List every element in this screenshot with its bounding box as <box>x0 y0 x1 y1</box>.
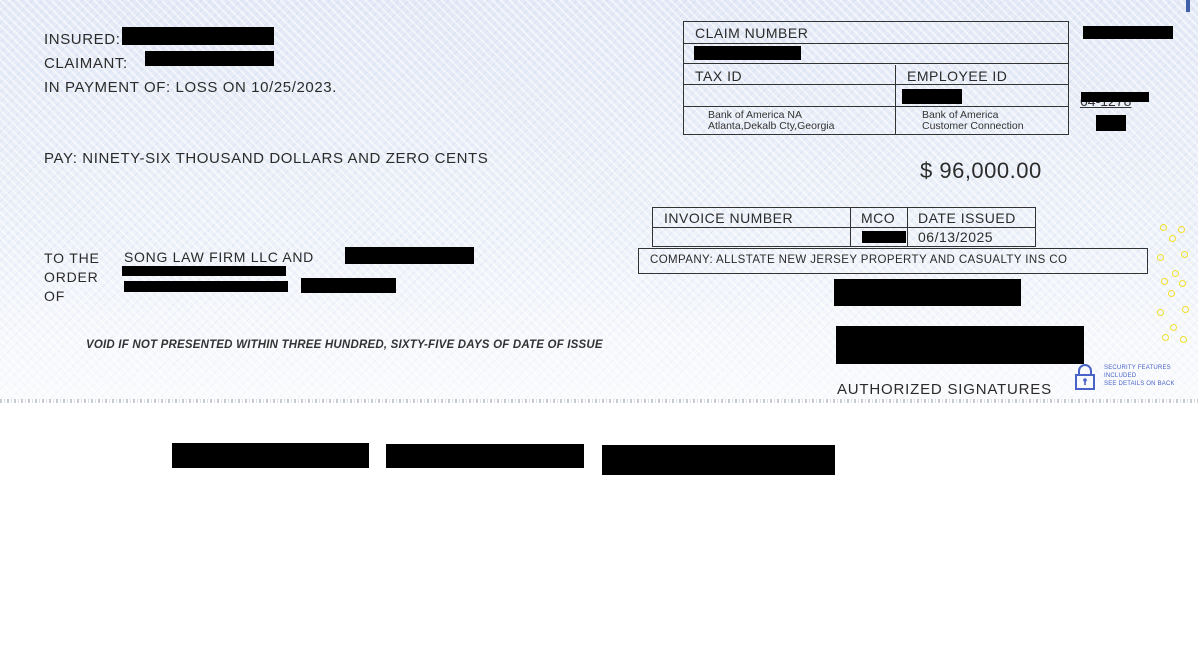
redacted-micr-3 <box>602 445 835 475</box>
redacted-micr-1 <box>172 443 369 468</box>
redacted-routing-top <box>1081 92 1149 102</box>
invoice-number-label: INVOICE NUMBER <box>664 210 793 226</box>
amount-in-words: PAY: NINETY-SIX THOUSAND DOLLARS AND ZER… <box>44 150 488 167</box>
security-dot <box>1172 270 1179 277</box>
security-dot <box>1168 290 1175 297</box>
security-dot <box>1169 235 1176 242</box>
perforation-line <box>0 399 1198 403</box>
check-amount: $ 96,000.00 <box>920 158 1042 184</box>
security-dot <box>1160 224 1167 231</box>
bank-name-left: Bank of America NA Atlanta,Dekalb Cty,Ge… <box>708 110 834 132</box>
security-dot <box>1161 278 1168 285</box>
date-issued-value: 06/13/2025 <box>918 229 993 245</box>
redacted-payee-second <box>345 247 474 264</box>
date-issued-label: DATE ISSUED <box>918 210 1016 226</box>
security-dot <box>1182 306 1189 313</box>
redacted-employee-id <box>902 89 962 104</box>
security-dot <box>1157 254 1164 261</box>
redacted-claim-number <box>694 46 801 60</box>
check-face: INSURED: CLAIMANT: IN PAYMENT OF: LOSS O… <box>0 0 1198 400</box>
redacted-payee-street <box>122 266 286 276</box>
security-features-note: SECURITY FEATURES INCLUDED SEE DETAILS O… <box>1104 364 1175 388</box>
redacted-mco <box>862 231 906 243</box>
redacted-payee-city <box>124 281 288 292</box>
security-dot <box>1179 280 1186 287</box>
claim-table-divider <box>895 65 896 134</box>
redacted-routing-bottom <box>1096 115 1126 131</box>
pay-to-order-label: TO THE ORDER OF <box>44 249 100 306</box>
security-dot <box>1157 309 1164 316</box>
edge-marker <box>1186 0 1190 12</box>
authorized-signatures-label: AUTHORIZED SIGNATURES <box>837 381 1052 398</box>
claim-info-table: CLAIM NUMBER TAX ID EMPLOYEE ID Bank of … <box>683 21 1069 135</box>
security-dot <box>1178 226 1185 233</box>
employee-id-label: EMPLOYEE ID <box>907 68 1007 84</box>
company-box: COMPANY: ALLSTATE NEW JERSEY PROPERTY AN… <box>638 248 1148 274</box>
invoice-table-divider <box>653 227 1035 228</box>
invoice-table: INVOICE NUMBER MCO DATE ISSUED 06/13/202… <box>652 207 1036 247</box>
redacted-signature-2 <box>836 326 1084 364</box>
security-dot <box>1170 324 1177 331</box>
bank-name-right: Bank of America Customer Connection <box>922 110 1024 132</box>
payee-name: SONG LAW FIRM LLC AND <box>124 249 314 265</box>
claim-number-label: CLAIM NUMBER <box>695 25 808 41</box>
claimant-label: CLAIMANT: <box>44 55 128 72</box>
tax-id-label: TAX ID <box>695 68 742 84</box>
security-dot <box>1181 251 1188 258</box>
invoice-table-col1 <box>850 208 851 246</box>
redacted-micr-2 <box>386 444 584 468</box>
security-dot <box>1162 334 1169 341</box>
redacted-claimant-name <box>145 51 274 66</box>
lock-icon <box>1074 364 1096 390</box>
payment-description: IN PAYMENT OF: LOSS ON 10/25/2023. <box>44 79 337 96</box>
security-dot <box>1180 336 1187 343</box>
invoice-table-col2 <box>907 208 908 246</box>
insured-label: INSURED: <box>44 31 120 48</box>
company-name: COMPANY: ALLSTATE NEW JERSEY PROPERTY AN… <box>650 254 1067 266</box>
redacted-signature-1 <box>834 279 1021 306</box>
redacted-insured-name <box>122 27 274 45</box>
redacted-check-number <box>1083 26 1173 39</box>
mco-label: MCO <box>861 210 895 226</box>
void-notice: VOID IF NOT PRESENTED WITHIN THREE HUNDR… <box>86 339 603 351</box>
redacted-payee-zip <box>301 278 396 293</box>
id-value-row <box>684 85 1068 107</box>
